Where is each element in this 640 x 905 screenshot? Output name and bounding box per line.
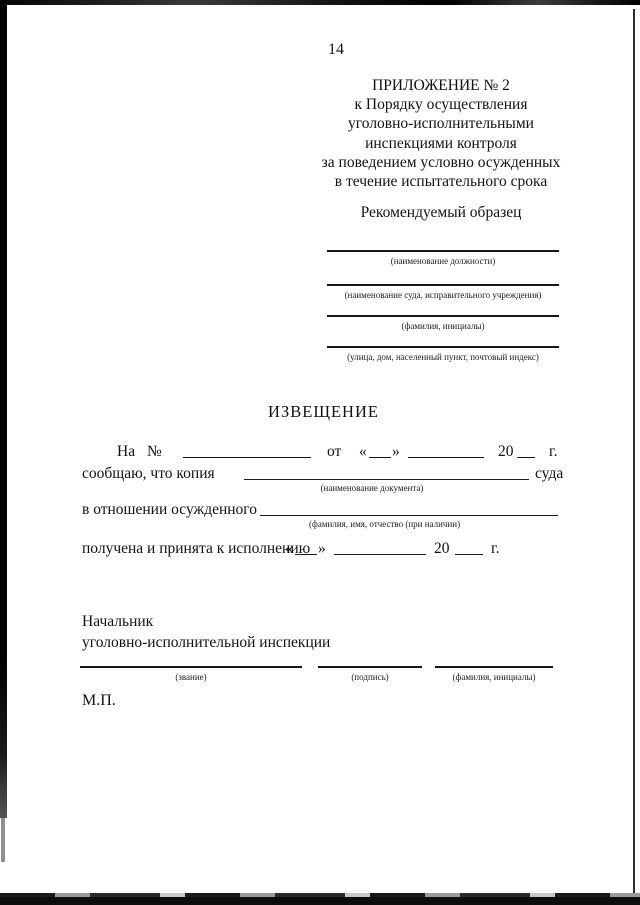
signature-line [318,666,422,668]
scan-edge-bottom [0,897,640,905]
open-quote: « [285,540,293,559]
open-quote: « [359,443,367,462]
convict-name-blank [260,503,558,516]
year-blank [455,542,483,555]
addressee-blank-line [327,250,559,252]
signer-role-line2: уголовно-исполнительной инспекции [82,634,330,653]
notice-line3-text: в отношении осужденного [82,501,257,520]
year-prefix: 20 [498,443,514,462]
notice-line2-text: сообщаю, что копия [82,465,215,484]
addressee-caption: (улица, дом, населенный пункт, почтовый … [300,352,586,362]
addressee-blank-line [327,315,559,317]
notice-line2-suffix: суда [535,465,563,484]
day-blank [369,445,391,458]
scanned-document-page: 14 ПРИЛОЖЕНИЕ № 2 к Порядку осуществлени… [0,0,640,905]
year-suffix: г. [491,540,499,559]
month-blank [334,542,426,555]
scan-edge-left [0,0,7,818]
addressee-blank-line [327,284,559,286]
signature-caption: (подпись) [318,672,422,682]
notice-line1-word: На [117,443,135,462]
addressee-caption: (наименование должности) [300,256,586,266]
document-name-blank [244,467,529,480]
stamp-place: М.П. [82,691,116,710]
notice-title: ИЗВЕЩЕНИЕ [82,402,565,422]
name-caption: (фамилия, инициалы) [435,672,553,682]
scan-edge-top [0,0,640,5]
sample-note: Рекомендуемый образец [306,204,576,223]
close-quote: » [318,540,326,559]
appendix-subtitle-line: инспекциями контроля [306,134,576,153]
appendix-subtitle-line: уголовно-исполнительными [306,114,576,133]
notice-line1-word: от [327,443,341,462]
day-blank [295,542,317,555]
notice-line1-number-sign: № [147,443,162,462]
document-name-caption: (наименование документа) [297,483,447,493]
rank-caption: (звание) [80,672,302,682]
page-number: 14 [328,40,344,59]
convict-name-caption: (фамилия, имя, отчество (при наличии) [309,519,459,529]
year-prefix: 20 [434,540,450,559]
addressee-blank-line [327,346,559,348]
appendix-subtitle-line: в течение испытательного срока [306,172,576,191]
scan-edge-left-fade [1,818,5,862]
scan-edge-right [633,9,635,895]
year-blank [517,445,535,458]
close-quote: » [392,443,400,462]
signer-role-line1: Начальник [82,613,153,632]
appendix-heading: ПРИЛОЖЕНИЕ № 2 к Порядку осуществления у… [306,76,576,191]
appendix-subtitle-line: к Порядку осуществления [306,95,576,114]
month-blank [408,445,484,458]
addressee-caption: (наименование суда, исправительного учре… [300,290,586,300]
addressee-caption: (фамилия, инициалы) [300,321,586,331]
document-number-blank [183,445,311,458]
appendix-title: ПРИЛОЖЕНИЕ № 2 [306,76,576,95]
name-signature-line [435,666,553,668]
year-suffix: г. [549,443,557,462]
appendix-subtitle-line: за поведением условно осужденных [306,153,576,172]
rank-signature-line [80,666,302,668]
notice-line4-text: получена и принята к исполнению [82,540,310,559]
